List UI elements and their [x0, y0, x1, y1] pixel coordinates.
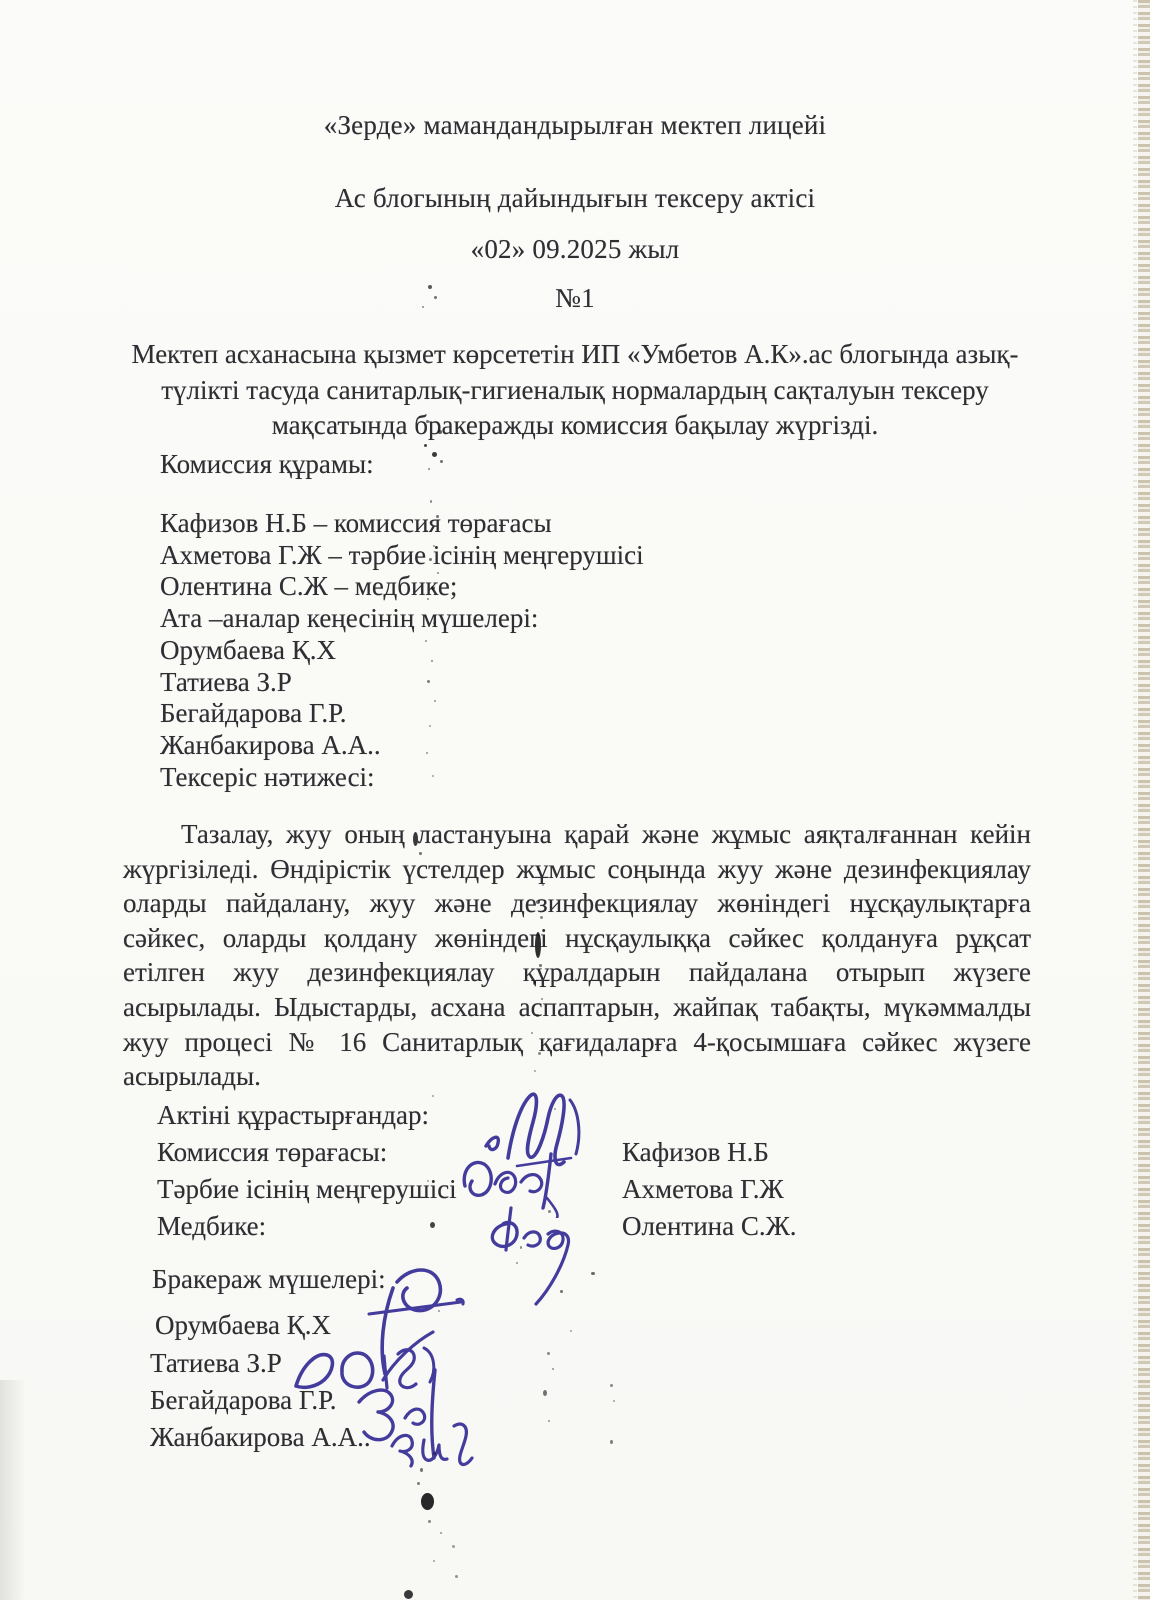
ink-spot — [437, 572, 439, 574]
list-item: Ата –аналар кеңесінің мүшелері: — [160, 603, 920, 635]
intro-paragraph: Мектеп асханасына қызмет көрсететін ИП «… — [95, 337, 1055, 444]
ink-spot — [404, 1590, 413, 1599]
ink-spot — [438, 1310, 440, 1312]
ink-spot — [431, 586, 435, 590]
list-item: Олентина С.Ж – медбике; — [160, 571, 920, 603]
ink-spot — [426, 530, 428, 532]
ink-spot — [425, 640, 427, 642]
ink-spot — [520, 1246, 522, 1249]
ink-spot — [438, 430, 442, 434]
ink-spot — [455, 1575, 458, 1578]
ink-spot — [434, 296, 437, 299]
ink-spot — [419, 852, 422, 855]
composer-role: Комиссия төрағасы: — [157, 1137, 387, 1168]
ink-spot — [538, 1052, 541, 1055]
brakerazh-heading: Бракераж мүшелері: — [152, 1264, 386, 1295]
ink-spot — [433, 1560, 435, 1562]
ink-spot — [430, 1222, 435, 1228]
ink-spot — [413, 832, 418, 846]
ink-spot — [610, 1384, 613, 1387]
ink-spot — [531, 1032, 533, 1034]
ink-spot — [433, 622, 435, 624]
ink-spot — [426, 752, 428, 754]
scan-edge-artifact-strip — [1138, 0, 1150, 1600]
ink-spot — [533, 980, 536, 985]
ink-spot — [540, 916, 543, 919]
composer-row: Медбике: Олентина С.Ж. — [157, 1211, 1027, 1242]
ink-spot — [570, 1330, 572, 1332]
ink-spot — [591, 1272, 595, 1275]
ink-spot — [536, 900, 540, 904]
ink-spot — [429, 558, 432, 561]
ink-spot — [548, 1420, 550, 1422]
ink-spot — [432, 1095, 434, 1097]
ink-spot — [422, 306, 424, 308]
ink-spot — [434, 700, 436, 702]
ink-spot — [541, 998, 543, 1000]
ink-spot — [554, 1108, 556, 1110]
ink-spot — [548, 1210, 551, 1213]
ink-spot — [440, 1532, 442, 1534]
ink-spot — [560, 1290, 563, 1293]
ink-spot — [535, 932, 541, 958]
ink-spot — [420, 1468, 423, 1472]
composer-name: Ахметова Г.Ж — [622, 1174, 784, 1205]
ink-spot — [429, 725, 431, 727]
scan-shadow-left-edge — [0, 1380, 26, 1600]
ink-spot — [430, 500, 432, 503]
ink-spot — [428, 1520, 431, 1523]
ink-spot — [613, 1400, 615, 1402]
ink-spot — [610, 1440, 613, 1444]
brakerazh-member: Бегайдарова Г.Р. — [150, 1385, 337, 1416]
document-date: «02» 09.2025 жыл — [0, 234, 1150, 265]
composer-name: Кафизов Н.Б — [622, 1137, 769, 1168]
composer-role: Тәрбие ісінің меңгерушісі — [157, 1174, 457, 1205]
document-title: Ас блогының дайындығын тексеру актісі — [0, 183, 1150, 214]
ink-spot — [426, 420, 429, 423]
ink-spot — [433, 545, 435, 547]
ink-spot — [543, 1390, 547, 1396]
ink-spot — [432, 775, 434, 777]
ink-spot — [421, 1493, 434, 1510]
ink-spot — [542, 884, 544, 886]
document-number: №1 — [0, 283, 1150, 314]
ink-spot — [516, 1262, 518, 1264]
ink-spot — [537, 868, 540, 871]
ink-spot — [534, 1070, 536, 1072]
composer-row: Тәрбие ісінің меңгерушісі Ахметова Г.Ж — [157, 1174, 1027, 1205]
ink-spot — [433, 1452, 436, 1455]
ink-spot — [440, 460, 443, 463]
list-item: Кафизов Н.Б – комиссия төрағасы — [160, 508, 920, 540]
ink-spot — [547, 1352, 550, 1355]
list-item: Бегайдарова Г.Р. — [160, 698, 920, 730]
composer-row: Комиссия төрағасы: Кафизов Н.Б — [157, 1137, 1027, 1168]
ink-spot — [428, 285, 432, 289]
composers-heading: Актіні құрастырғандар: — [157, 1100, 429, 1131]
ink-spot — [427, 598, 429, 600]
commission-heading: Комиссия құрамы: — [160, 449, 374, 480]
brakerazh-member: Орумбаева Қ.Х — [155, 1310, 331, 1341]
organization-title: «Зерде» мамандандырылған мектеп лицейі — [0, 110, 1150, 141]
ink-spot — [432, 452, 437, 457]
ink-spot — [427, 680, 430, 683]
scanned-document-page: «Зерде» мамандандырылған мектеп лицейі А… — [0, 0, 1150, 1600]
list-item: Жанбакирова А.А.. — [160, 730, 920, 762]
brakerazh-member: Татиева З.Р — [150, 1348, 282, 1379]
ink-spot — [436, 515, 439, 518]
list-item: Татиева З.Р — [160, 667, 920, 699]
list-item: Ахметова Г.Ж – тәрбие ісінің меңгерушісі — [160, 540, 920, 572]
result-paragraph: Тазалау, жуу оның ластануына қарай және … — [123, 817, 1031, 1094]
ink-spot — [427, 1180, 429, 1182]
signature-olentina — [476, 1188, 586, 1308]
brakerazh-member: Жанбакирова А.А.. — [150, 1422, 371, 1453]
list-item: Орумбаева Қ.Х — [160, 635, 920, 667]
ink-spot — [424, 444, 427, 447]
ink-spot — [452, 1545, 455, 1548]
ink-spot — [417, 1482, 420, 1485]
commission-member-list: Кафизов Н.Б – комиссия төрағасы Ахметова… — [160, 508, 920, 793]
ink-spot — [428, 468, 430, 470]
ink-spot — [431, 660, 433, 662]
signature-zhanbakirova — [382, 1412, 482, 1472]
composer-name: Олентина С.Ж. — [622, 1211, 797, 1242]
list-item: Тексеріс нәтижесі: — [160, 762, 920, 794]
ink-spot — [536, 1014, 539, 1017]
ink-spot — [539, 964, 542, 967]
ink-spot — [552, 1368, 554, 1370]
composer-role: Медбике: — [157, 1211, 266, 1242]
